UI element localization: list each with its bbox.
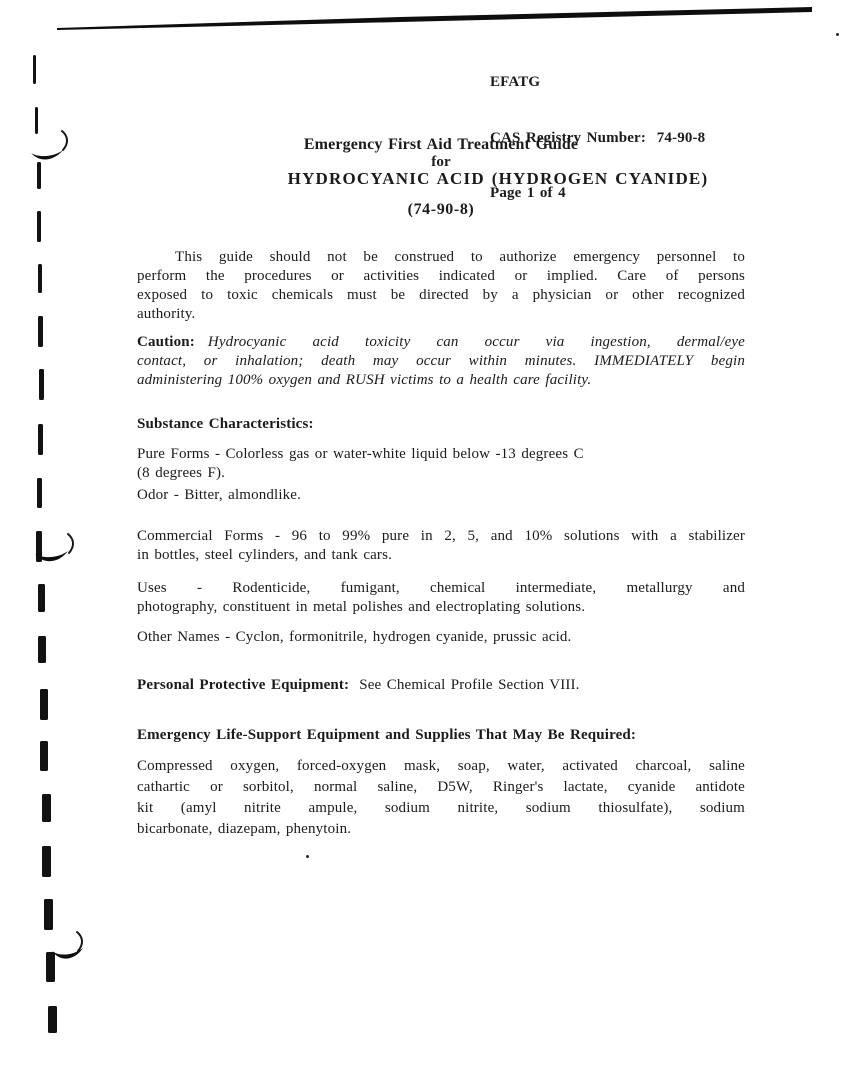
paragraph-line: administering 100% oxygen and RUSH victi…	[137, 371, 745, 390]
ppe-label: Personal Protective Equipment:	[137, 677, 349, 693]
paragraph-line: kit (amyl nitrite ampule, sodium nitrite…	[137, 798, 745, 819]
substance-characteristics-heading: Substance Characteristics:	[137, 415, 745, 434]
page-edge-scan-line	[0, 0, 850, 36]
binding-mark	[38, 424, 43, 455]
binding-mark	[38, 264, 42, 293]
binding-mark	[37, 211, 41, 242]
paragraph-line: photography, constituent in metal polish…	[137, 598, 745, 617]
ppe-line: Personal Protective Equipment:See Chemic…	[137, 676, 745, 695]
paragraph-line: authority.	[137, 305, 745, 324]
binding-mark	[38, 316, 43, 347]
paragraph-line: Pure Forms - Colorless gas or water-whit…	[137, 445, 745, 464]
other-names-item: Other Names - Cyclon, formonitrile, hydr…	[137, 628, 745, 647]
paragraph-line: contact, or inhalation; death may occur …	[137, 352, 745, 371]
binding-mark	[42, 846, 51, 877]
scan-speck	[306, 855, 309, 858]
cas-number: (74-90-8)	[137, 201, 745, 219]
binding-mark	[40, 689, 48, 720]
scan-speck	[836, 33, 839, 36]
document-title-line3: HYDROCYANIC ACID (HYDROGEN CYANIDE)	[137, 169, 745, 189]
ppe-text: See Chemical Profile Section VIII.	[359, 677, 579, 693]
paragraph-line: exposed to toxic chemicals must be direc…	[137, 286, 745, 305]
binding-hook-mark	[28, 126, 78, 168]
pure-forms-item: Pure Forms - Colorless gas or water-whit…	[137, 445, 745, 483]
binding-mark	[38, 636, 46, 663]
binding-hook-mark	[46, 926, 96, 968]
binding-mark	[40, 741, 48, 771]
binding-mark	[48, 1006, 57, 1033]
intro-paragraph: This guide should not be construed to au…	[137, 248, 745, 324]
paragraph-line: Uses - Rodenticide, fumigant, chemical i…	[137, 579, 745, 598]
uses-item: Uses - Rodenticide, fumigant, chemical i…	[137, 579, 745, 617]
document-title-line1: Emergency First Aid Treatment Guide	[137, 136, 745, 154]
binding-mark	[42, 794, 51, 822]
paragraph-line: cathartic or sorbitol, normal saline, D5…	[137, 777, 745, 798]
binding-mark	[39, 369, 44, 400]
paragraph-line: Caution:Hydrocyanic acid toxicity can oc…	[137, 333, 745, 352]
paragraph-line: bicarbonate, diazepam, phenytoin.	[137, 819, 745, 840]
paragraph-line: Compressed oxygen, forced-oxygen mask, s…	[137, 756, 745, 777]
binding-mark	[38, 584, 45, 612]
substance-name: HYDROCYANIC ACID (HYDROGEN CYANIDE)	[288, 169, 709, 189]
equipment-paragraph: Compressed oxygen, forced-oxygen mask, s…	[137, 756, 745, 840]
paragraph-line: Commercial Forms - 96 to 99% pure in 2, …	[137, 527, 745, 546]
commercial-forms-item: Commercial Forms - 96 to 99% pure in 2, …	[137, 527, 745, 565]
binding-hook-mark	[32, 528, 82, 570]
equipment-heading: Emergency Life-Support Equipment and Sup…	[137, 726, 745, 745]
binding-mark	[33, 55, 36, 84]
caution-paragraph: Caution:Hydrocyanic acid toxicity can oc…	[137, 333, 745, 390]
paragraph-line: This guide should not be construed to au…	[137, 248, 745, 267]
odor-item: Odor - Bitter, almondlike.	[137, 486, 745, 505]
binding-mark	[37, 478, 42, 508]
scanned-document-page: EFATG CAS Registry Number: 74-90-8 Page …	[0, 0, 850, 1081]
paragraph-line: perform the procedures or activities ind…	[137, 267, 745, 286]
caution-label: Caution:	[137, 334, 195, 350]
paragraph-line: (8 degrees F).	[137, 464, 745, 483]
document-code: EFATG	[490, 73, 820, 92]
caution-text: Hydrocyanic acid toxicity can occur via …	[208, 334, 745, 350]
paragraph-line: in bottles, steel cylinders, and tank ca…	[137, 546, 745, 565]
